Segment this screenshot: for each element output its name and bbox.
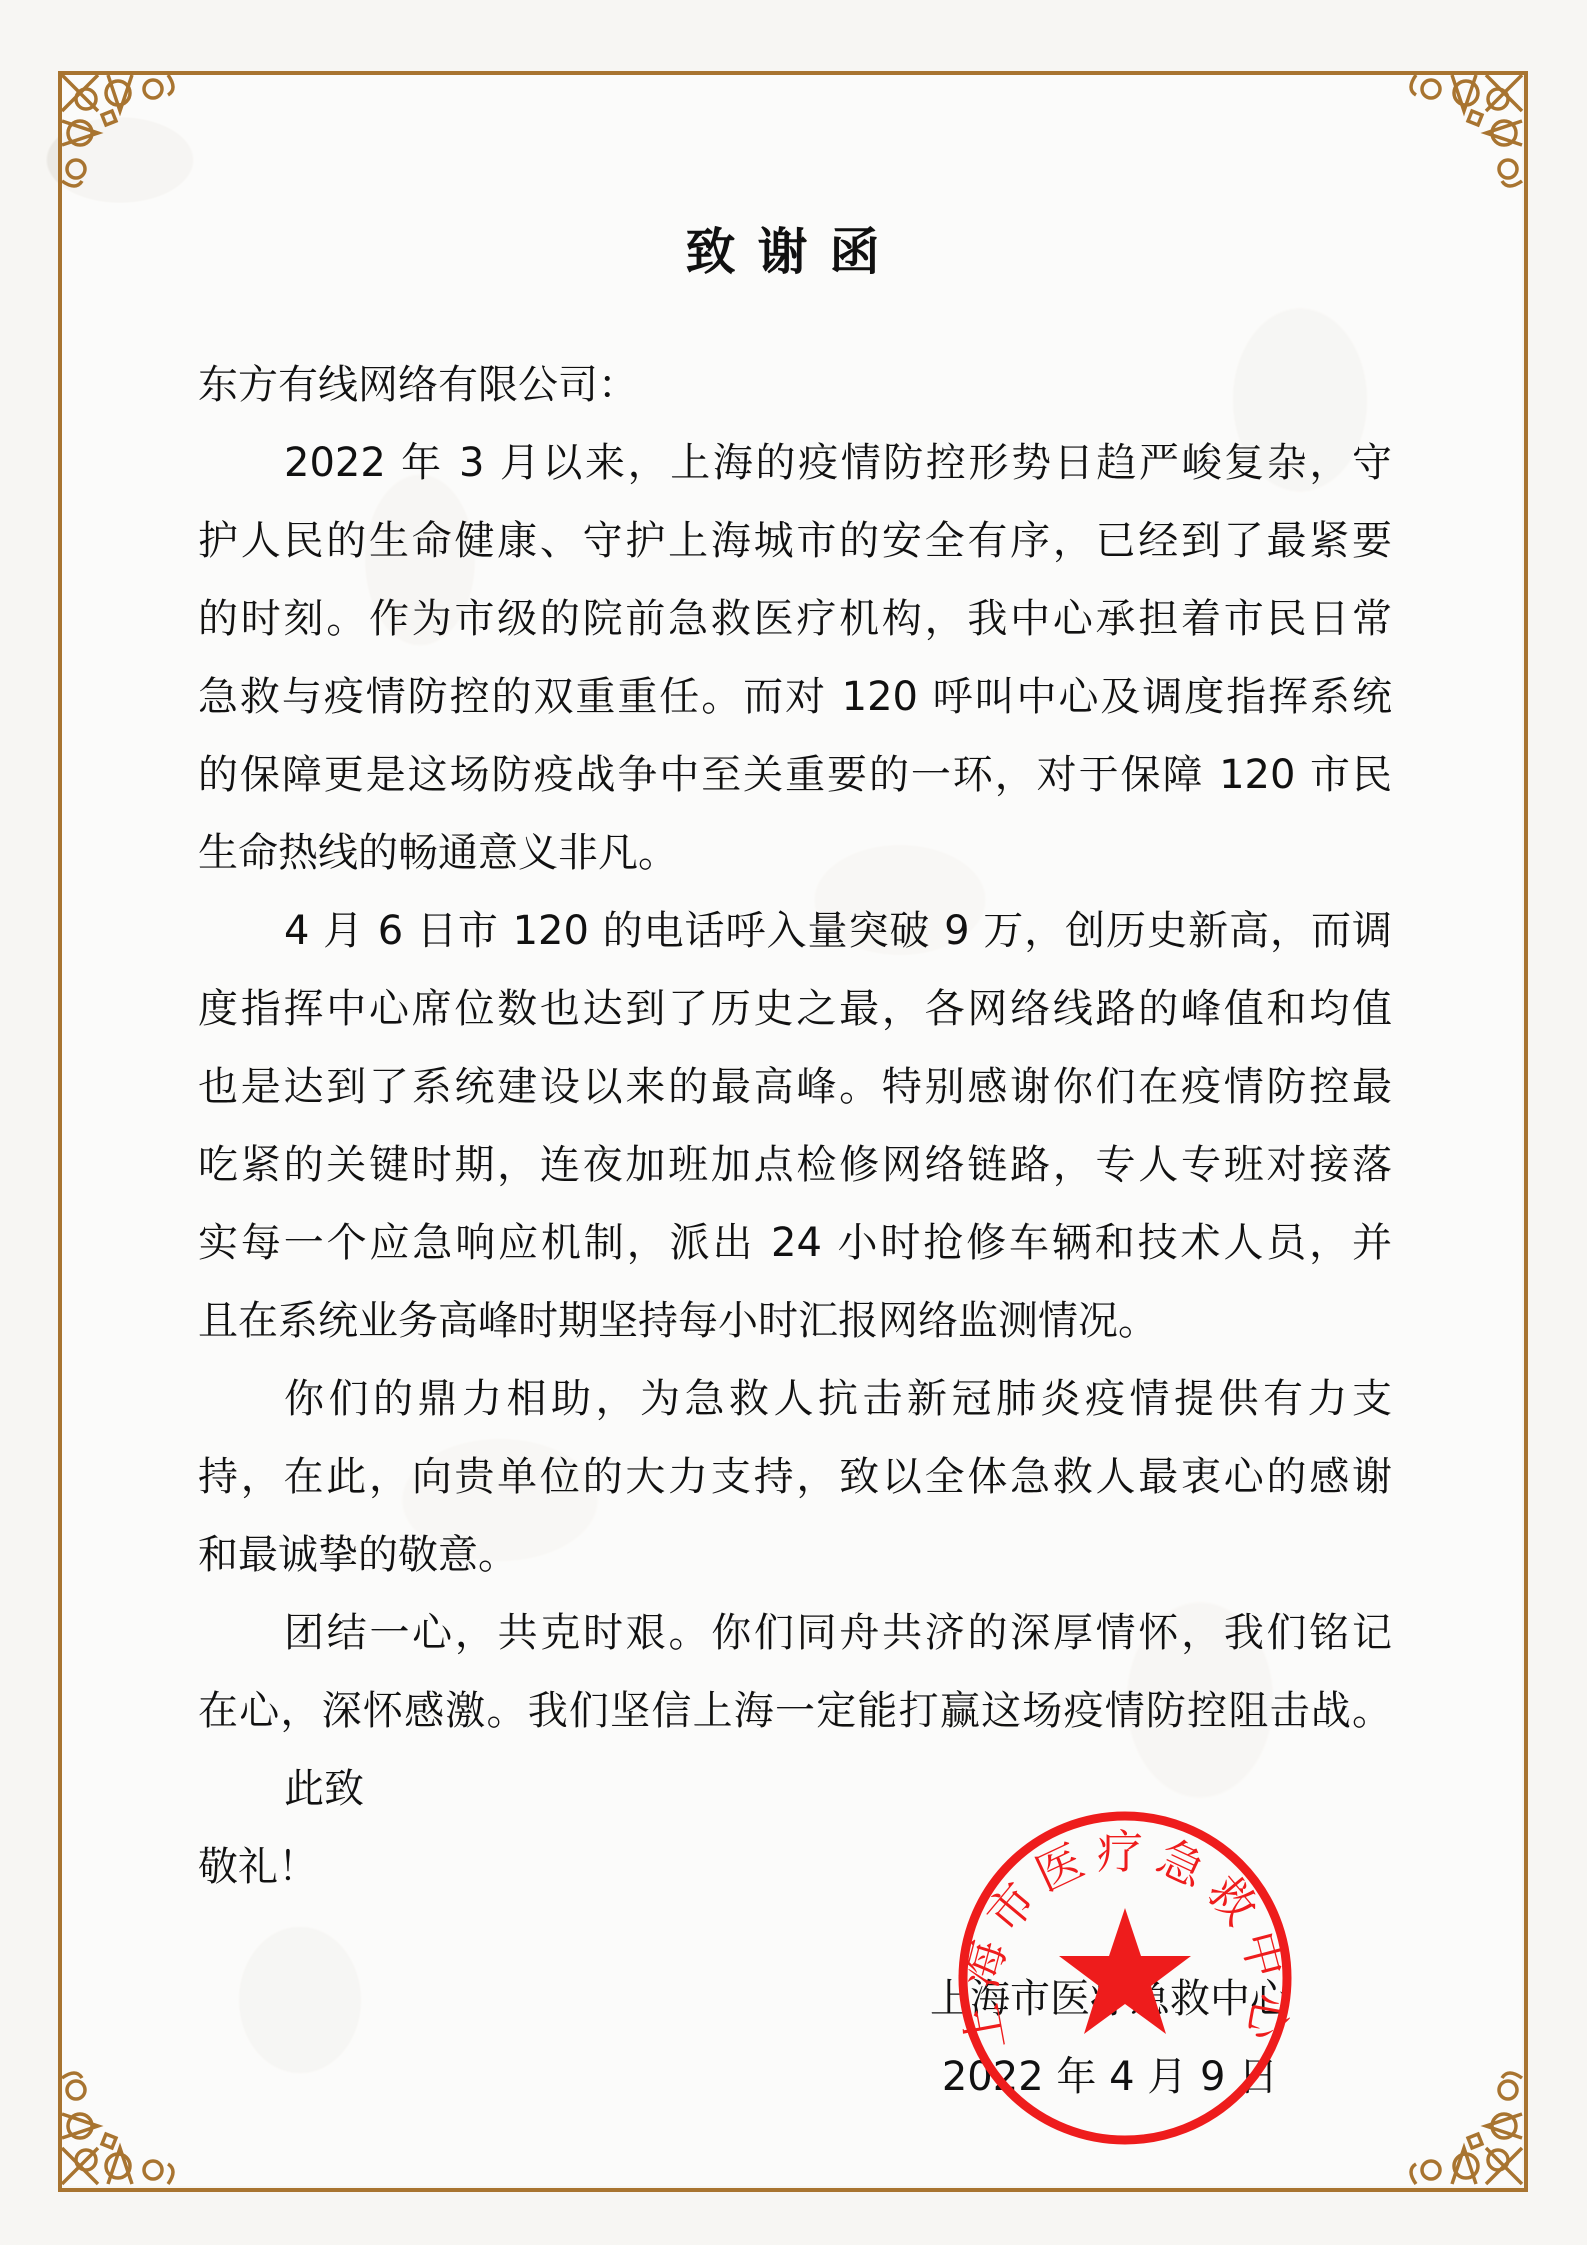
paragraph-line: 实每一个应急响应机制，派出 24 小时抢修车辆和技术人员，并 (198, 1204, 1392, 1282)
paragraph-3: 你们的鼎力相助，为急救人抗击新冠肺炎疫情提供有力支 持，在此，向贵单位的大力支持… (198, 1360, 1392, 1594)
paragraph-1: 2022 年 3 月以来，上海的疫情防控形势日趋严峻复杂，守 护人民的生命健康、… (198, 424, 1392, 892)
paragraph-line: 的保障更是这场防疫战争中至关重要的一环，对于保障 120 市民 (198, 736, 1392, 814)
paragraph-line: 也是达到了系统建设以来的最高峰。特别感谢你们在疫情防控最 (198, 1048, 1392, 1126)
ornament-corner-bottom-right-icon (1396, 2058, 1526, 2188)
ornament-corner-top-left-icon (58, 71, 188, 201)
paragraph-line: 且在系统业务高峰时期坚持每小时汇报网络监测情况。 (198, 1282, 1392, 1360)
paragraph-line: 护人民的生命健康、守护上海城市的安全有序，已经到了最紧要 (198, 502, 1392, 580)
paragraph-line: 2022 年 3 月以来，上海的疫情防控形势日趋严峻复杂，守 (198, 424, 1392, 502)
signature-date: 2022 年 4 月 9 日 (920, 2038, 1300, 2116)
closing-jing-li: 敬礼！ (198, 1828, 1392, 1906)
letter-body: 东方有线网络有限公司： 2022 年 3 月以来，上海的疫情防控形势日趋严峻复杂… (198, 346, 1392, 1906)
ornament-corner-top-right-icon (1396, 71, 1526, 201)
paragraph-line: 团结一心，共克时艰。你们同舟共济的深厚情怀，我们铭记 (198, 1594, 1392, 1672)
paragraph-line: 持，在此，向贵单位的大力支持，致以全体急救人最衷心的感谢 (198, 1438, 1392, 1516)
signature-organization: 上海市医疗急救中心 (920, 1960, 1300, 2038)
paragraph-line: 的时刻。作为市级的院前急救医疗机构，我中心承担着市民日常 (198, 580, 1392, 658)
closing-ci-zhi: 此致 (198, 1750, 1392, 1828)
salutation: 东方有线网络有限公司： (198, 346, 1392, 424)
ornament-corner-bottom-left-icon (58, 2058, 188, 2188)
paragraph-4: 团结一心，共克时艰。你们同舟共济的深厚情怀，我们铭记 在心，深怀感激。我们坚信上… (198, 1594, 1392, 1750)
paragraph-line: 4 月 6 日市 120 的电话呼入量突破 9 万，创历史新高，而调 (198, 892, 1392, 970)
letter-title: 致谢函 (0, 212, 1587, 284)
paragraph-line: 急救与疫情防控的双重重任。而对 120 呼叫中心及调度指挥系统 (198, 658, 1392, 736)
paragraph-line: 在心，深怀感激。我们坚信上海一定能打赢这场疫情防控阻击战。 (198, 1672, 1392, 1750)
paragraph-line: 和最诚挚的敬意。 (198, 1516, 1392, 1594)
paragraph-line: 度指挥中心席位数也达到了历史之最，各网络线路的峰值和均值 (198, 970, 1392, 1048)
paragraph-line: 生命热线的畅通意义非凡。 (198, 814, 1392, 892)
signature-block: 上海市医疗急救中心 2022 年 4 月 9 日 (920, 1960, 1300, 2116)
paragraph-line: 吃紧的关键时期，连夜加班加点检修网络链路，专人专班对接落 (198, 1126, 1392, 1204)
paragraph-line: 你们的鼎力相助，为急救人抗击新冠肺炎疫情提供有力支 (198, 1360, 1392, 1438)
paragraph-2: 4 月 6 日市 120 的电话呼入量突破 9 万，创历史新高，而调 度指挥中心… (198, 892, 1392, 1360)
